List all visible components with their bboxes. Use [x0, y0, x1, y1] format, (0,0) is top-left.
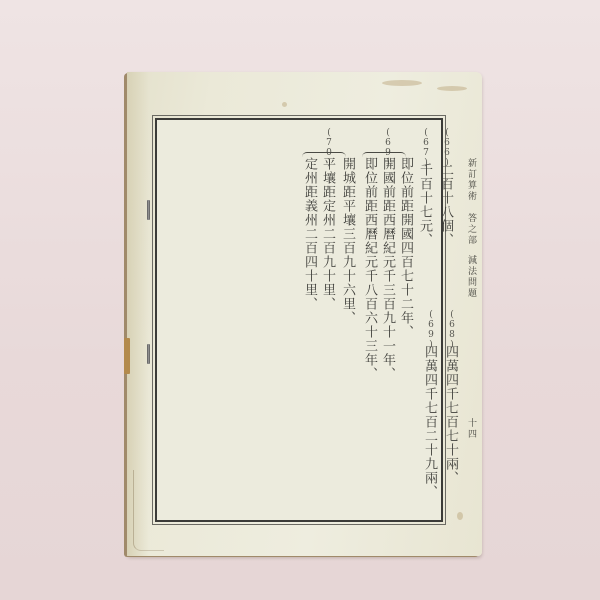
section-title: 答之部	[466, 213, 476, 246]
binding-tab	[124, 338, 130, 374]
stain	[437, 86, 467, 91]
answer-number: (67)	[419, 128, 433, 168]
answer-line: 即位前距開國四百七十二年、	[398, 157, 412, 339]
answer-line: 四萬四千七百七十兩、	[443, 345, 457, 485]
stain	[457, 512, 463, 520]
answer-line: 二百十八個、	[438, 163, 452, 247]
chapter-title: 減法問題	[466, 255, 476, 299]
staple-icon	[147, 344, 150, 364]
book-title: 新訂算術	[466, 158, 476, 202]
answer-number: (66)	[440, 128, 454, 168]
answer-number: (69)	[424, 310, 438, 350]
stain	[382, 80, 422, 86]
stain	[282, 102, 287, 107]
answer-line: 開國前距西曆紀元千三百九十一年、	[380, 157, 394, 381]
answer-line: 定州距義州二百四十里、	[302, 157, 316, 311]
answer-line: 平壤距定州二百九十里、	[320, 157, 334, 311]
staple-icon	[147, 200, 150, 220]
answer-number: (68)	[445, 310, 459, 350]
answer-line: 即位前距西曆紀元千八百六十三年、	[362, 157, 376, 381]
answer-line: 開城距平壤三百九十六里、	[340, 157, 354, 325]
answer-line: 四萬四千七百二十九兩、	[422, 345, 436, 499]
answer-line: 千百十七元、	[417, 163, 431, 247]
page-number: 十四	[466, 418, 476, 440]
